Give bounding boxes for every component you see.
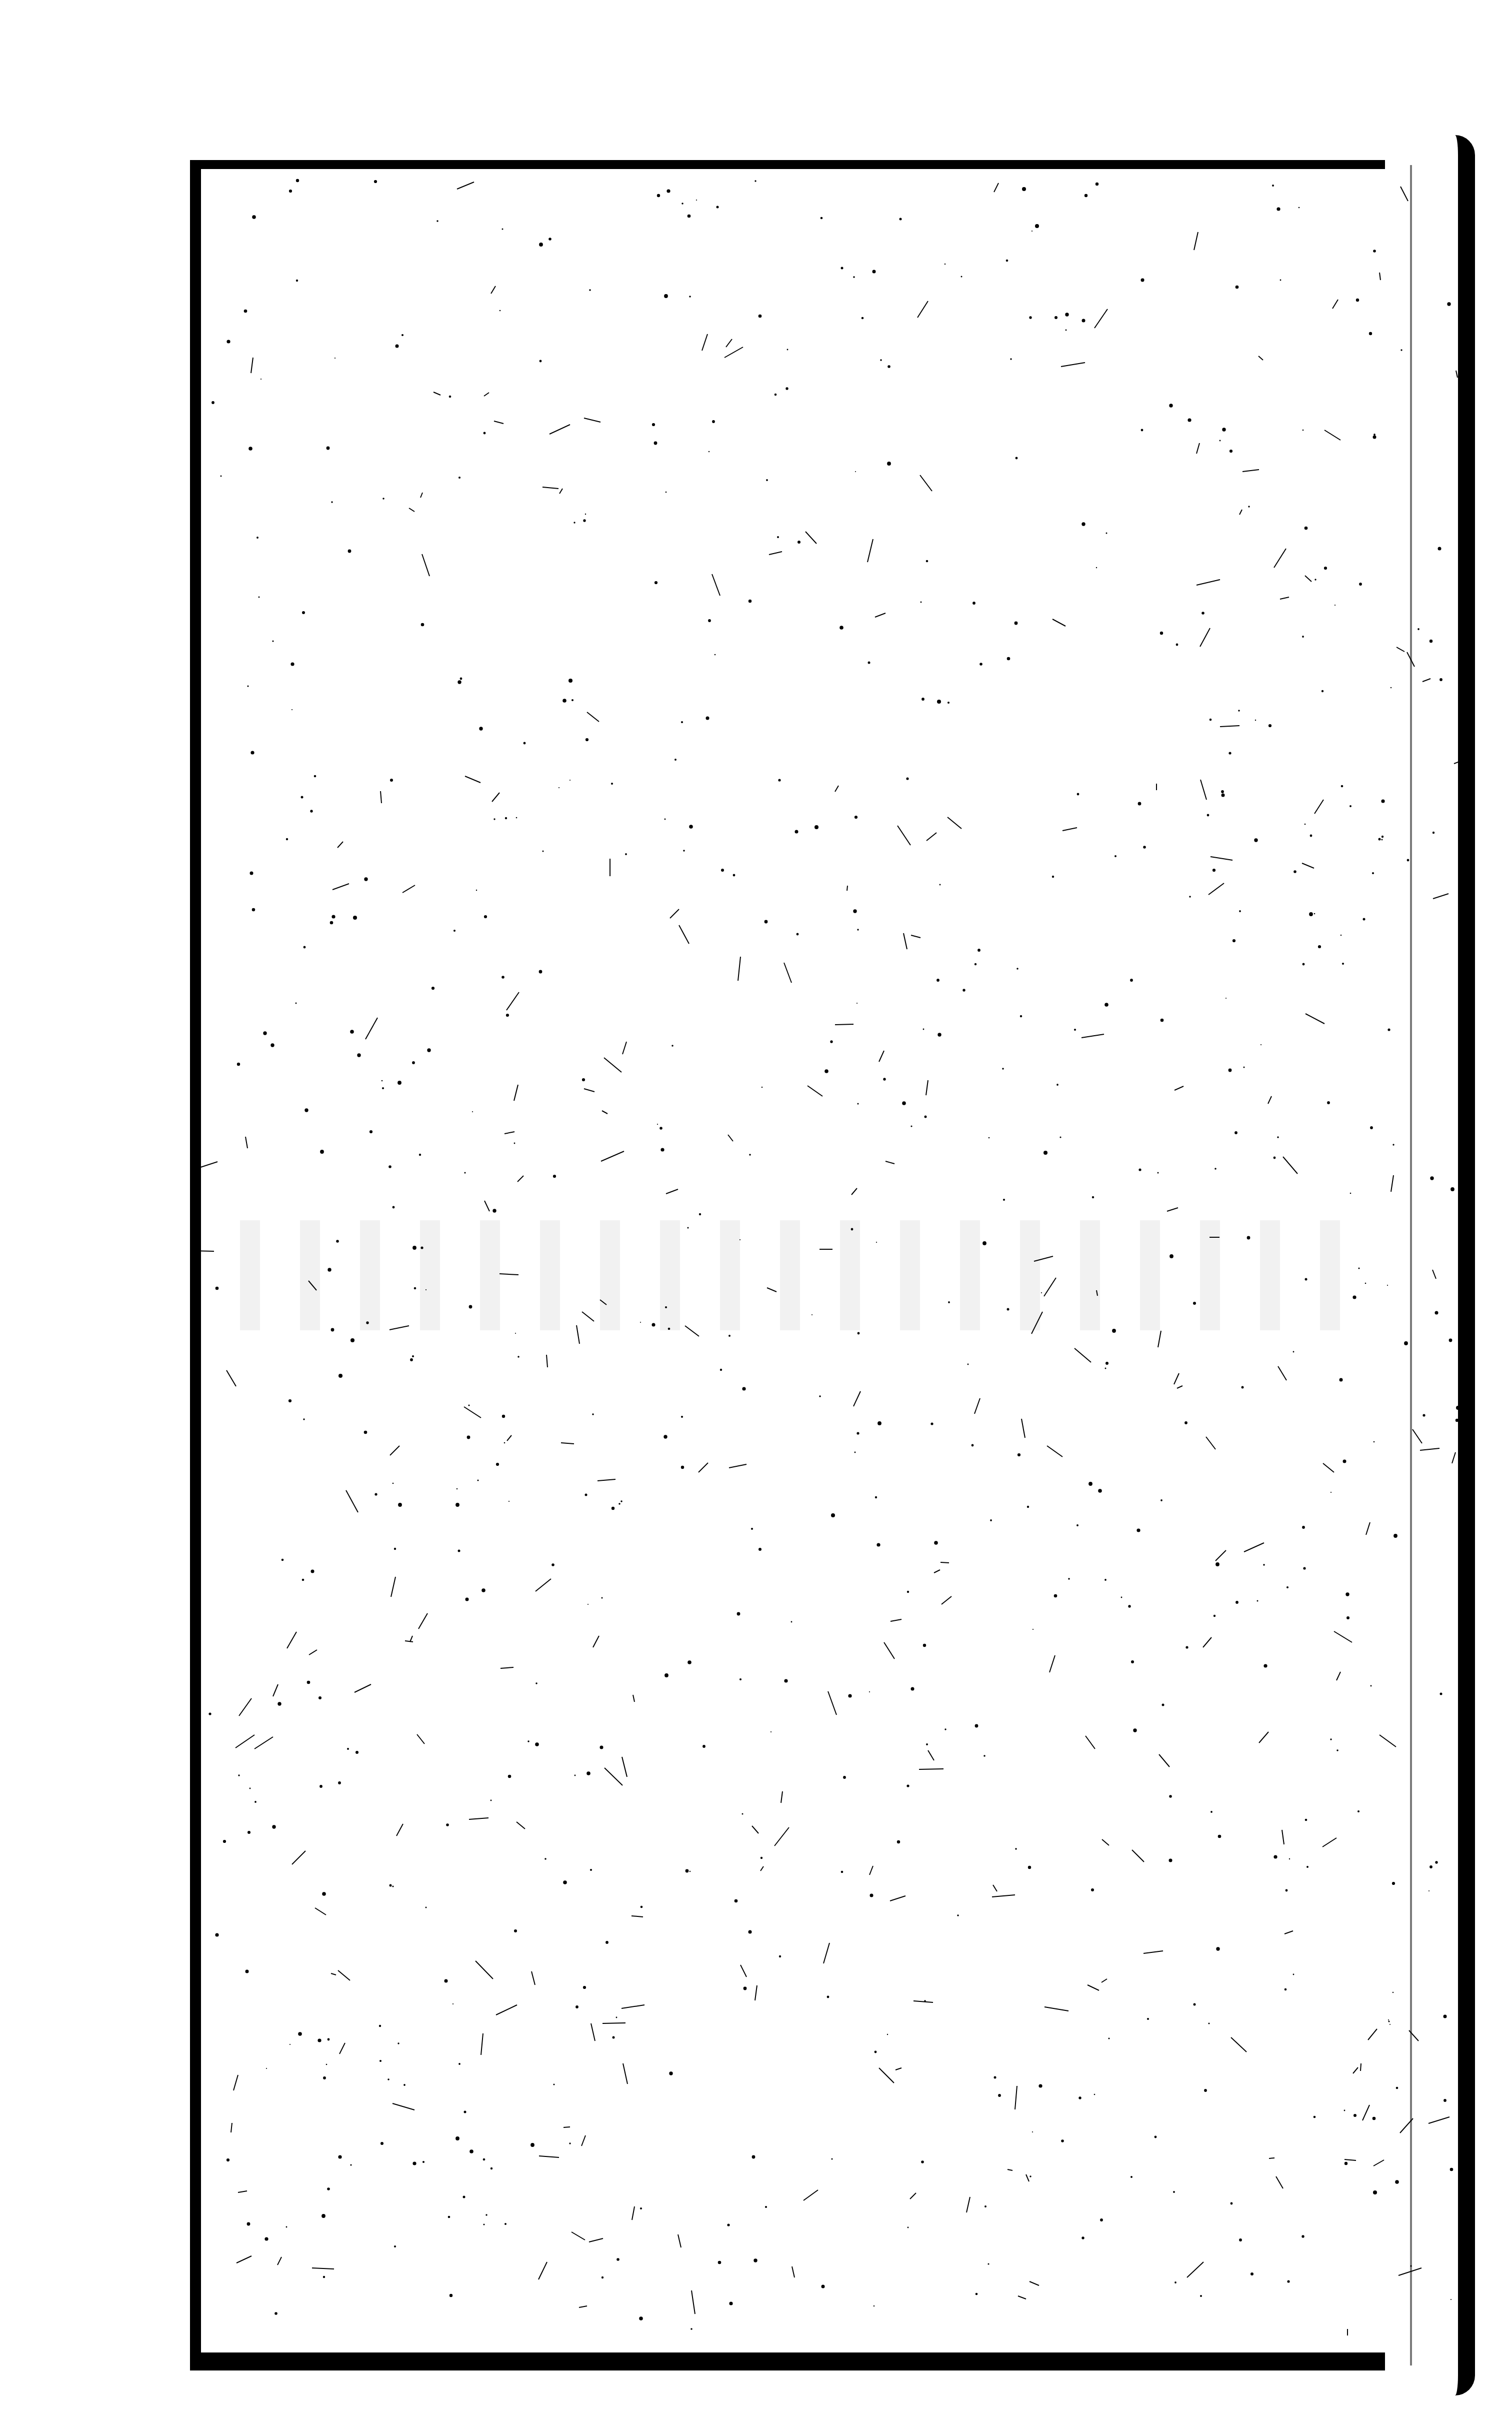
paper-speckle-texture [0, 0, 1512, 2410]
